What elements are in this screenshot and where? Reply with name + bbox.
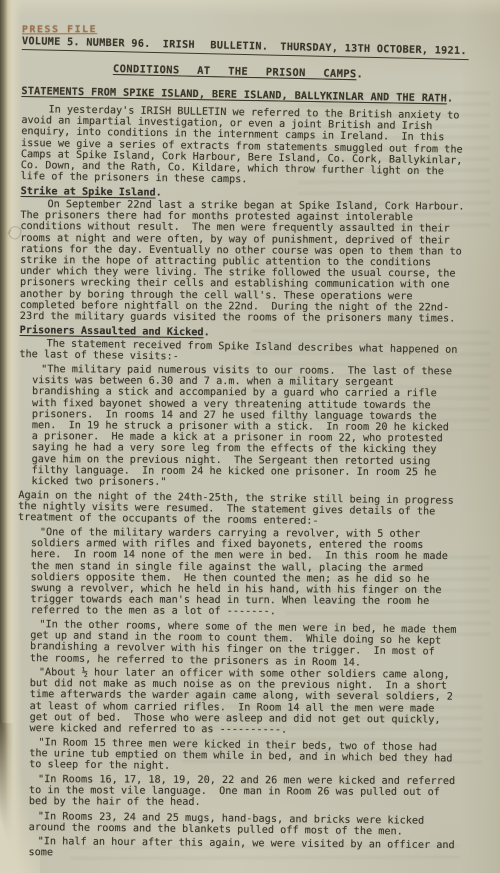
quoted-paragraph: "One of the military warders carrying a … <box>30 527 458 619</box>
masthead: VOLUME 5. NUMBER 96. IRISH BULLETIN. THU… <box>22 36 469 60</box>
main-headline: CONDITIONS AT THE PRISON CAMPS. <box>22 62 455 83</box>
scanned-page: PRESS FILE VOLUME 5. NUMBER 96. IRISH BU… <box>0 0 500 873</box>
sub-headline-text: STATEMENTS FROM SPIKE ISLAND, BERE ISLAN… <box>21 86 447 104</box>
quoted-paragraph: "In Room 15 three men were kicked in the… <box>29 737 457 776</box>
quoted-paragraph: "The military paid numerous visits to ou… <box>32 364 461 489</box>
paragraph: In yesterday's IRISH BULLETIN we referre… <box>20 104 468 189</box>
masthead-date: THURSDAY, 13TH OCTOBER, 1921. <box>280 42 467 57</box>
section-heading-text: Prisoners Assaulted and Kicked <box>20 325 204 338</box>
masthead-volume-number: VOLUME 5. NUMBER 96. <box>22 36 151 50</box>
section-heading-text: Strike at Spike Island <box>21 186 156 199</box>
quoted-paragraph: "In the other rooms, where some of the m… <box>30 619 459 670</box>
section-heading-period: . <box>204 327 210 338</box>
masthead-title: IRISH BULLETIN. <box>163 39 269 53</box>
paragraph: On September 22nd last a strike began at… <box>20 199 468 325</box>
document-content: PRESS FILE VOLUME 5. NUMBER 96. IRISH BU… <box>15 24 469 865</box>
quoted-paragraph: "In Rooms 16, 17, 18, 19, 20, 22 and 26 … <box>29 774 457 810</box>
sub-headline: STATEMENTS FROM SPIKE ISLAND, BERE ISLAN… <box>21 86 468 105</box>
quoted-paragraph: "In Rooms 23, 24 and 25 mugs, hand-bags,… <box>29 811 457 838</box>
document-body: In yesterday's IRISH BULLETIN we referre… <box>15 104 468 861</box>
quoted-paragraph: "In half an hour after this again, we we… <box>28 836 456 863</box>
main-headline-period: . <box>356 68 363 80</box>
section-heading-period: . <box>156 187 162 198</box>
press-file-stamp: PRESS FILE <box>22 24 97 35</box>
paragraph: Again on the night of the 24th-25th, the… <box>18 490 465 529</box>
sub-headline-period: . <box>447 94 453 105</box>
main-headline-text: CONDITIONS AT THE PRISON CAMPS <box>113 63 357 80</box>
quoted-paragraph: "About ½ hour later an officer with some… <box>29 667 457 737</box>
